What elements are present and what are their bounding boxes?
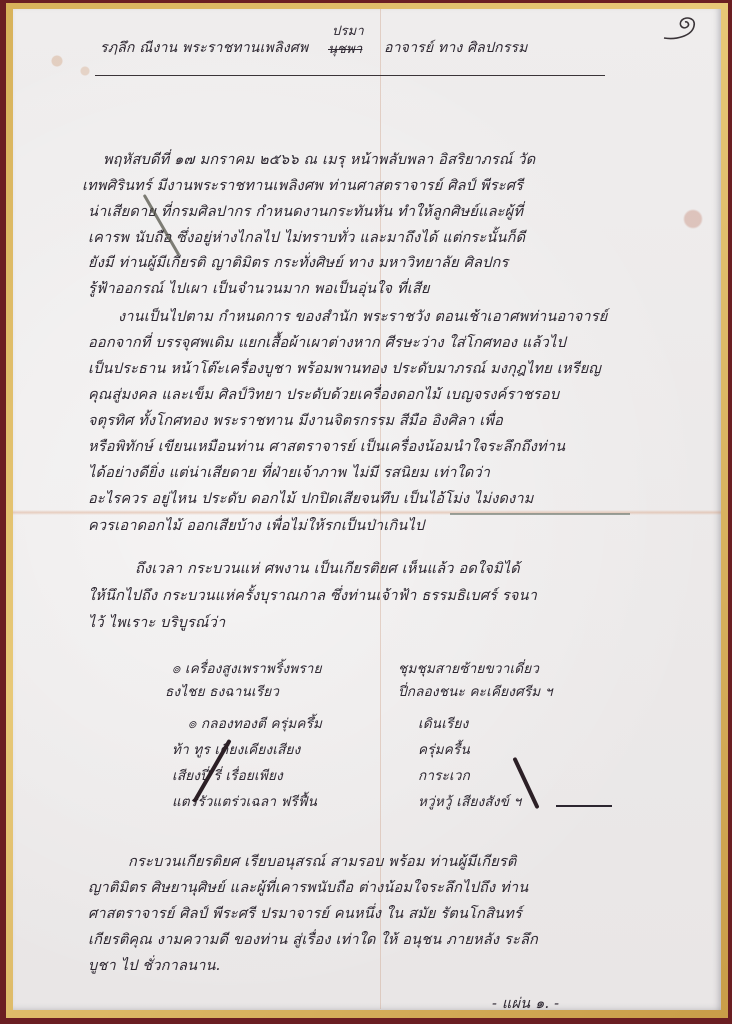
header-underline: [95, 75, 605, 76]
verse-2-left: ธงไชย ธงฉานเรียว: [165, 680, 279, 702]
verse-end-flourish: [556, 805, 612, 807]
header-left: รฦลึก ณีงาน พระราชทานเพลิงศพ: [100, 37, 308, 59]
verse-3-left: ๏ กลองทองตี ครุ่มครึ้ม: [188, 712, 322, 734]
p2-line-4: คุณสู่มงคล และเข็ม ศิลป์วิทยา ประดับด้วย…: [88, 383, 559, 406]
p1-line-2: เทพศิรินทร์ มีงานพระราชทานเพลิงศพ ท่านศา…: [82, 174, 523, 197]
p2-line-5: จตุรทิศ ทั้งโกศทอง พระราชทาน มีงานจิตรกร…: [88, 409, 503, 432]
p3-line-3: ไว้ ไพเราะ บริบูรณ์ว่า: [88, 611, 225, 634]
fold-ink-line: [450, 513, 630, 515]
p2-line-7: ได้อย่างดียิ่ง แต่น่าเสียดาย ที่ฝ่ายเจ้า…: [88, 461, 490, 484]
p2-line-3: เป็นประธาน หน้าโต๊ะเครื่องบูชา พร้อมพานท…: [88, 357, 601, 380]
p3-line-2: ให้นึกไปถึง กระบวนแห่ครั้งบุราณกาล ซึ่งท…: [88, 584, 537, 607]
verse-5-left: เสียงปี่ รี่ เรื่อยเพียง: [172, 764, 283, 786]
verse-1-right: ชุมชุมสายซ้ายขวาเดี่ยว: [398, 657, 539, 679]
p1-line-6: รู้ฟ้าออกรณ์ ไปเผา เป็นจำนวนมาก พอเป็นอุ…: [88, 277, 430, 300]
p1-line-1: พฤหัสบดีที่ ๑๗ มกราคม ๒๕๖๖ ณ เมรุ หน้าพล…: [103, 148, 535, 171]
verse-6-right: หวู่หวู้ เสียงสังข์ ฯ: [418, 790, 521, 812]
p2-line-9: ควรเอาดอกไม้ ออกเสียบ้าง เพื่อไม่ให้รกเป…: [88, 514, 424, 537]
verse-3-right: เดินเรียง: [418, 712, 468, 734]
sheet-number: - แผ่น ๑. -: [492, 992, 559, 1015]
closing-line-2: ญาติมิตร ศิษยานุศิษย์ และผู้ที่เคารพนับถ…: [88, 876, 528, 899]
p1-line-4: เคารพ นับถือ ซึ่งอยู่ห่างไกลไป ไม่ทราบทั…: [88, 226, 525, 249]
closing-line-1: กระบวนเกียรติยศ เรียบอนุสรณ์ สามรอบ พร้อ…: [128, 850, 517, 873]
verse-4-left: ท้า ทูร เคียงเคียงเสียง: [172, 738, 300, 760]
closing-line-4: เกียรติคุณ งามความดี ของท่าน สู่เรื่อง เ…: [88, 928, 538, 951]
header-struck-word: นุชพา: [328, 38, 362, 59]
closing-line-5: บูชา ไป ชั่วกาลนาน.: [88, 954, 220, 977]
page-number-swirl-icon: [662, 14, 702, 46]
p2-line-2: ออกจากที่ บรรจุศพเดิม แยกเสื้อผ้าเผาต่าง…: [88, 331, 566, 354]
verse-1-left: ๏ เครื่องสูงเพราพริ้งพราย: [172, 657, 322, 679]
closing-line-3: ศาสตราจารย์ ศิลป์ พีระศรี ปรมาจารย์ คนหน…: [88, 902, 522, 925]
p3-line-1: ถึงเวลา กระบวนแห่ ศพงาน เป็นเกียรติยศ เห…: [135, 557, 520, 580]
p2-line-6: หรือพิทักษ์ เขียนเหมือนท่าน ศาสตราจารย์ …: [88, 435, 565, 458]
verse-5-right: การะเวก: [418, 764, 470, 786]
verse-2-right: ปี่กลองชนะ คะเคียงศรีม ฯ: [398, 680, 553, 702]
p2-line-8: อะไรควร อยู่ไหน ประดับ ดอกไม้ ปกปิดเสียจ…: [88, 487, 534, 510]
header-right: อาจารย์ ทาง ศิลปกรรม: [384, 37, 528, 59]
p2-line-1: งานเป็นไปตาม กำหนดการ ของสำนัก พระราชวัง…: [118, 305, 607, 328]
p1-line-5: ยังมี ท่านผู้มีเกียรติ ญาติมิตร กระทั่งศ…: [88, 251, 508, 274]
picture-frame: รฦลึก ณีงาน พระราชทานเพลิงศพ ปรมา นุชพา …: [0, 0, 732, 1024]
verse-4-right: ครุ่มครื้น: [418, 738, 470, 760]
